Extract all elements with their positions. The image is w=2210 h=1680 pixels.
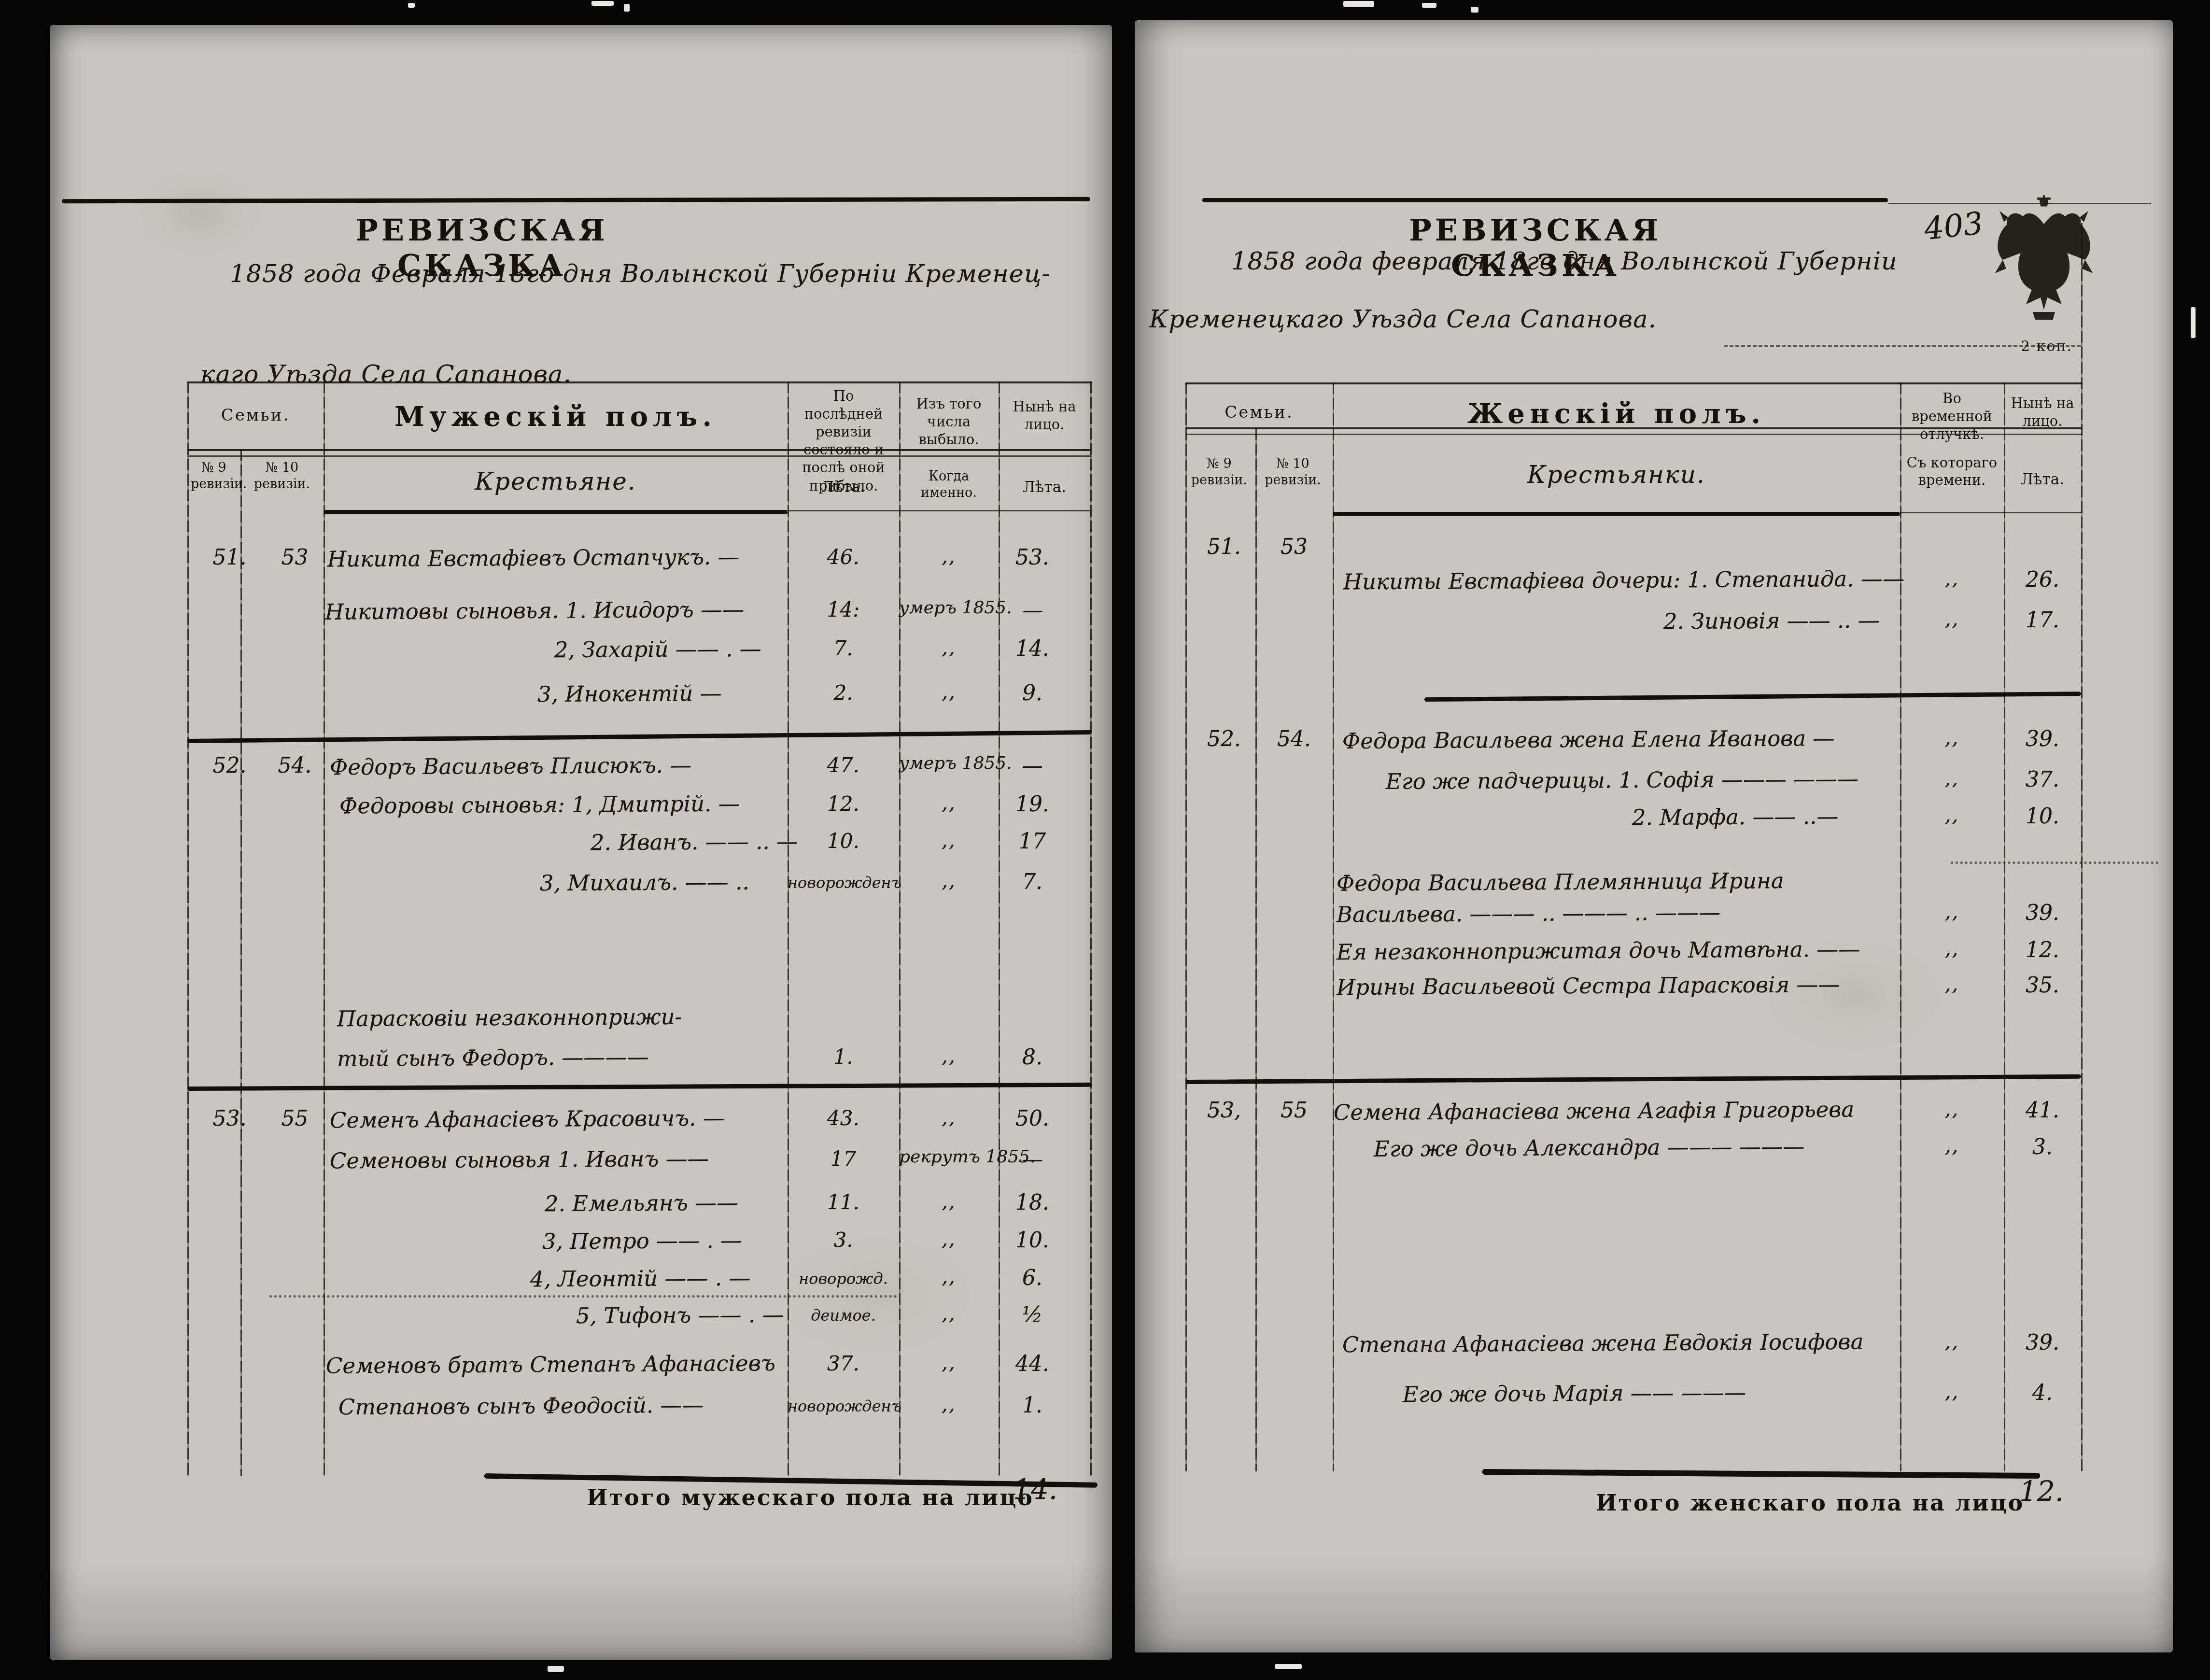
cell-age-now: 10. xyxy=(986,1228,1078,1253)
footer-total-label: Итого мужескаго пола на лицо xyxy=(587,1484,1034,1511)
cell-name: 2. Марфа. —— ..— xyxy=(1632,804,1839,831)
cell-name: 2. Иванъ. —— .. — xyxy=(591,829,798,856)
dotted-guideline xyxy=(1951,861,2158,864)
cell-rev10: 53 xyxy=(1272,535,1316,559)
cell-name: Федоровы сыновья: 1, Дмитрій. — xyxy=(339,791,740,819)
table-hline xyxy=(187,455,1092,457)
cell-age: 4. xyxy=(2004,1381,2081,1405)
cell-rev10: 54. xyxy=(272,753,318,778)
cell-departed: ,, xyxy=(899,1352,999,1374)
footer-total-value: 12. xyxy=(2019,1475,2064,1508)
family-separator xyxy=(1185,1074,2081,1084)
cell-age-now: 9. xyxy=(986,681,1078,706)
cell-departed: умеръ 1855. xyxy=(899,753,999,773)
table-hline xyxy=(187,381,1092,383)
col-prev-sub: Лѣта. xyxy=(788,478,899,497)
cell-age: 37. xyxy=(2004,767,2081,792)
cell-rev9: 53. xyxy=(207,1106,253,1131)
cell-age-prev: 37. xyxy=(788,1352,899,1375)
cell-age-now: — xyxy=(986,1147,1078,1172)
cell-age-now: 53. xyxy=(986,545,1078,570)
cell-age-now: 44. xyxy=(986,1352,1078,1376)
col-present: Нынѣ на лицо. xyxy=(1003,398,1085,434)
col-female-sex: Женскій полъ. xyxy=(1333,398,1900,430)
cell-age-prev: новорожд. xyxy=(788,1270,899,1288)
cell-rev9: 52. xyxy=(207,753,253,778)
cell-name: Семенъ Афанасіевъ Красовичъ. — xyxy=(330,1105,725,1133)
cell-departed: ,, xyxy=(899,1302,999,1325)
cell-age-prev: 2. xyxy=(788,681,899,705)
col-family: Семьи. xyxy=(1185,403,1333,422)
book-scan: РЕВИЗСКАЯ СКАЗКА 1858 года Февраля 18го … xyxy=(0,0,2210,1680)
cell-name: 2, Захарій —— . — xyxy=(554,636,761,663)
place-line-handwritten: Кременецкаго Уѣзда Села Сапанова. xyxy=(1149,305,1657,334)
cell-age-now: 17 xyxy=(986,829,1078,854)
cell-departed: ,, xyxy=(899,870,999,892)
table-vline xyxy=(1255,428,1257,1471)
cell-name: 2. Емельянъ —— xyxy=(545,1190,738,1216)
page-top-rule xyxy=(1202,198,1888,202)
family-separator xyxy=(187,730,1092,743)
cell-rev9: 53, xyxy=(1202,1098,1246,1123)
table-vline xyxy=(2004,382,2005,1471)
cell-age-prev: 3. xyxy=(788,1228,899,1252)
scan-speck xyxy=(591,1,614,6)
col-male-sex: Мужескій полъ. xyxy=(324,401,788,433)
cell-name: 3, Инокентій — xyxy=(537,680,722,707)
cell-name: 3, Петро —— . — xyxy=(542,1228,742,1255)
cell-since: ,, xyxy=(1900,1330,2004,1353)
cell-name: 2. Зиновія —— .. — xyxy=(1663,607,1880,635)
cell-name: Семена Афанасіева жена Агафія Григорьева xyxy=(1334,1097,1855,1126)
left-page: РЕВИЗСКАЯ СКАЗКА 1858 года Февраля 18го … xyxy=(50,25,1112,1660)
cell-name: Никита Евстафіевъ Остапчукъ. — xyxy=(327,544,740,572)
cell-departed: ,, xyxy=(899,792,999,814)
family-separator xyxy=(187,1083,1092,1091)
cell-since: ,, xyxy=(1900,1098,2004,1120)
cell-name: Васильева. ——— .. ——— .. ——— xyxy=(1337,900,1720,928)
cell-name: Степана Афанасіева жена Евдокія Іосифова xyxy=(1342,1329,1864,1358)
table-vline xyxy=(1900,382,1901,1471)
cell-age: 39. xyxy=(2004,1330,2081,1355)
footer-total-value: 14. xyxy=(1013,1473,1057,1506)
cell-name: Семеновы сыновья 1. Иванъ —— xyxy=(330,1146,709,1174)
table-vline xyxy=(187,381,189,1476)
col-estate-handwritten: Крестьяне. xyxy=(324,467,788,495)
cell-age-prev: новорожденъ xyxy=(788,874,899,892)
cell-age: 35. xyxy=(2004,973,2081,998)
cell-name: тый сынъ Федоръ. ———— xyxy=(337,1044,649,1072)
right-page: РЕВИЗСКАЯ СКАЗКА 1858 года февраля 18го … xyxy=(1135,20,2173,1652)
cell-since: ,, xyxy=(1900,901,2004,923)
table-vline xyxy=(1185,382,1187,1471)
cell-name: Степановъ сынъ Феодосій. —— xyxy=(338,1392,704,1420)
scan-speck xyxy=(624,4,630,12)
cell-age-prev: 46. xyxy=(788,545,899,569)
cell-since: ,, xyxy=(1900,938,2004,960)
cell-since: ,, xyxy=(1900,767,2004,790)
col-present: Нынѣ на лицо. xyxy=(2006,395,2079,430)
cell-age-now: — xyxy=(986,753,1078,778)
cell-age-prev: 11. xyxy=(788,1190,899,1214)
scan-speck xyxy=(2191,307,2196,338)
cell-name: Его же падчерицы. 1. Софія ——— ——— xyxy=(1386,766,1859,794)
cell-name: Ирины Васильевой Сестра Парасковія —— xyxy=(1337,972,1840,1000)
cell-since: ,, xyxy=(1900,567,2004,590)
cell-name: Никиты Евстафіева дочери: 1. Степанида. … xyxy=(1343,565,1904,594)
cell-age: 39. xyxy=(2004,727,2081,751)
cell-age-now: 14. xyxy=(986,636,1078,661)
cell-departed: рекрутъ 1855. xyxy=(899,1147,999,1167)
cell-age-prev: деимое. xyxy=(788,1306,899,1325)
revenue-stamp-eagle-icon xyxy=(1988,195,2099,340)
cell-age-prev: 1. xyxy=(788,1045,899,1069)
cell-departed: ,, xyxy=(899,1228,999,1250)
table-hline xyxy=(1900,512,2083,513)
cell-since: ,, xyxy=(1900,1381,2004,1403)
cell-age-now: ½ xyxy=(986,1302,1078,1327)
cell-age-now: — xyxy=(986,598,1078,622)
footer-total-label: Итого женскаго пола на лицо xyxy=(1596,1490,2024,1516)
cell-rev10: 53 xyxy=(272,545,318,570)
cell-age: 3. xyxy=(2004,1135,2081,1159)
cell-age-now: 8. xyxy=(986,1045,1078,1070)
cell-age: 12. xyxy=(2004,938,2081,962)
cell-rev10: 55 xyxy=(272,1106,318,1131)
cell-name: Федора Васильева жена Елена Иванова — xyxy=(1342,725,1835,754)
cell-departed: ,, xyxy=(899,545,999,567)
cell-name: Его же дочь Марія —— ——— xyxy=(1403,1380,1746,1407)
table-hline xyxy=(187,449,1092,451)
page-top-rule xyxy=(62,197,1090,203)
table-hline xyxy=(324,510,788,514)
col-present-sub: Лѣта. xyxy=(2004,470,2081,489)
cell-age-prev: 12. xyxy=(788,792,899,816)
cell-age-now: 50. xyxy=(986,1106,1078,1131)
cell-age-now: 18. xyxy=(986,1190,1078,1215)
col-family: Семьи. xyxy=(187,406,324,425)
cell-departed: ,, xyxy=(899,1106,999,1129)
col-rev10: № 10 ревизіи. xyxy=(244,460,320,493)
cell-departed: ,, xyxy=(899,1266,999,1288)
dotted-guideline xyxy=(269,1295,897,1298)
paper-stain xyxy=(137,170,262,257)
col-rev9: № 9 ревизіи. xyxy=(1188,456,1251,489)
table-vline xyxy=(1090,381,1092,1476)
cell-name: Семеновъ братъ Степанъ Афанасіевъ xyxy=(326,1350,775,1379)
cell-age: 10. xyxy=(2004,804,2081,829)
cell-departed: ,, xyxy=(899,1190,999,1213)
scan-speck xyxy=(408,3,415,8)
cell-name: Его же дочь Александра ——— ——— xyxy=(1374,1133,1804,1161)
table-vline xyxy=(2081,223,2083,1471)
cell-rev9: 51. xyxy=(207,545,253,570)
col-departed: Изъ того числа выбыло. xyxy=(903,395,995,449)
place-line-handwritten: каго Уѣзда Села Сапанова. xyxy=(200,360,572,389)
cell-departed: ,, xyxy=(899,681,999,703)
col-absence-sub: Съ котораго времени. xyxy=(1902,454,2001,489)
table-vline xyxy=(324,381,325,1476)
col-rev10: № 10 ревизіи. xyxy=(1258,456,1328,489)
cell-since: ,, xyxy=(1900,973,2004,995)
cell-age-prev: 10. xyxy=(788,829,899,853)
cell-name: Парасковіи незаконноприжи- xyxy=(337,1004,682,1031)
cell-age-now: 19. xyxy=(986,792,1078,817)
cell-age-prev: 47. xyxy=(788,753,899,777)
table-vline xyxy=(240,449,242,1476)
scan-speck xyxy=(1422,3,1436,8)
scan-speck xyxy=(548,1666,564,1672)
cell-departed: ,, xyxy=(899,829,999,851)
cell-age-prev: новорожденъ xyxy=(788,1397,899,1415)
cell-age-now: 6. xyxy=(986,1266,1078,1290)
cell-name: 4, Леонтій —— . — xyxy=(530,1265,751,1292)
cell-age-prev: 17 xyxy=(788,1147,899,1171)
cell-age-prev: 14: xyxy=(788,598,899,621)
cell-since: ,, xyxy=(1900,727,2004,749)
cell-age: 17. xyxy=(2004,608,2081,633)
date-line-handwritten: 1858 года Февраля 18го дня Волынской Губ… xyxy=(230,260,1051,288)
stamp-price-label: 2 коп. xyxy=(2021,338,2072,355)
cell-since: ,, xyxy=(1900,608,2004,630)
page-number-handwritten: 403 xyxy=(1922,206,1985,247)
cell-departed: умеръ 1855. xyxy=(899,598,999,618)
cell-name: 5, Тифонъ —— . — xyxy=(576,1302,784,1329)
cell-rev10: 54. xyxy=(1272,727,1316,751)
footer-rule xyxy=(1482,1469,2040,1479)
scan-speck xyxy=(1275,1664,1302,1669)
cell-age: 26. xyxy=(2004,567,2081,592)
cell-rev10: 55 xyxy=(1272,1098,1316,1123)
table-vline xyxy=(1333,382,1334,1471)
cell-name: Федоръ Васильевъ Плисюкъ. — xyxy=(330,752,692,780)
table-hline xyxy=(1185,382,2083,384)
cell-since: ,, xyxy=(1900,1135,2004,1157)
col-departed-sub: Когда именно. xyxy=(901,468,996,501)
cell-age: 39. xyxy=(2004,901,2081,925)
cell-departed: ,, xyxy=(899,636,999,659)
cell-age-now: 7. xyxy=(986,870,1078,894)
scan-speck xyxy=(1471,7,1478,13)
cell-age: 41. xyxy=(2004,1098,2081,1123)
table-hline xyxy=(788,510,1092,511)
cell-name: Никитовы сыновья. 1. Исидоръ —— xyxy=(325,596,744,624)
cell-rev9: 51. xyxy=(1202,535,1246,559)
cell-name: Ея незаконноприжитая дочь Матвѣна. —— xyxy=(1337,936,1860,965)
cell-departed: ,, xyxy=(899,1045,999,1067)
col-rev9: № 9 ревизіи. xyxy=(191,460,237,493)
cell-rev9: 52. xyxy=(1202,727,1246,751)
cell-age-prev: 7. xyxy=(788,636,899,660)
col-absence: Во временной отлучкѣ. xyxy=(1905,390,1999,443)
col-present-sub: Лѣта. xyxy=(999,478,1090,497)
cell-age-now: 1. xyxy=(986,1393,1078,1418)
scan-speck xyxy=(1343,1,1374,7)
table-hline xyxy=(1333,512,1900,516)
col-estate-handwritten: Крестьянки. xyxy=(1333,461,1900,489)
cell-name: 3, Михаилъ. —— .. xyxy=(540,869,749,896)
cell-since: ,, xyxy=(1900,804,2004,826)
cell-departed: ,, xyxy=(899,1393,999,1415)
family-separator xyxy=(1424,692,2081,702)
date-line-handwritten: 1858 года февраля 18го дня Волынской Губ… xyxy=(1231,247,1898,276)
cell-name: Федора Васильева Племянница Ирина xyxy=(1337,868,1784,896)
cell-age-prev: 43. xyxy=(788,1106,899,1130)
